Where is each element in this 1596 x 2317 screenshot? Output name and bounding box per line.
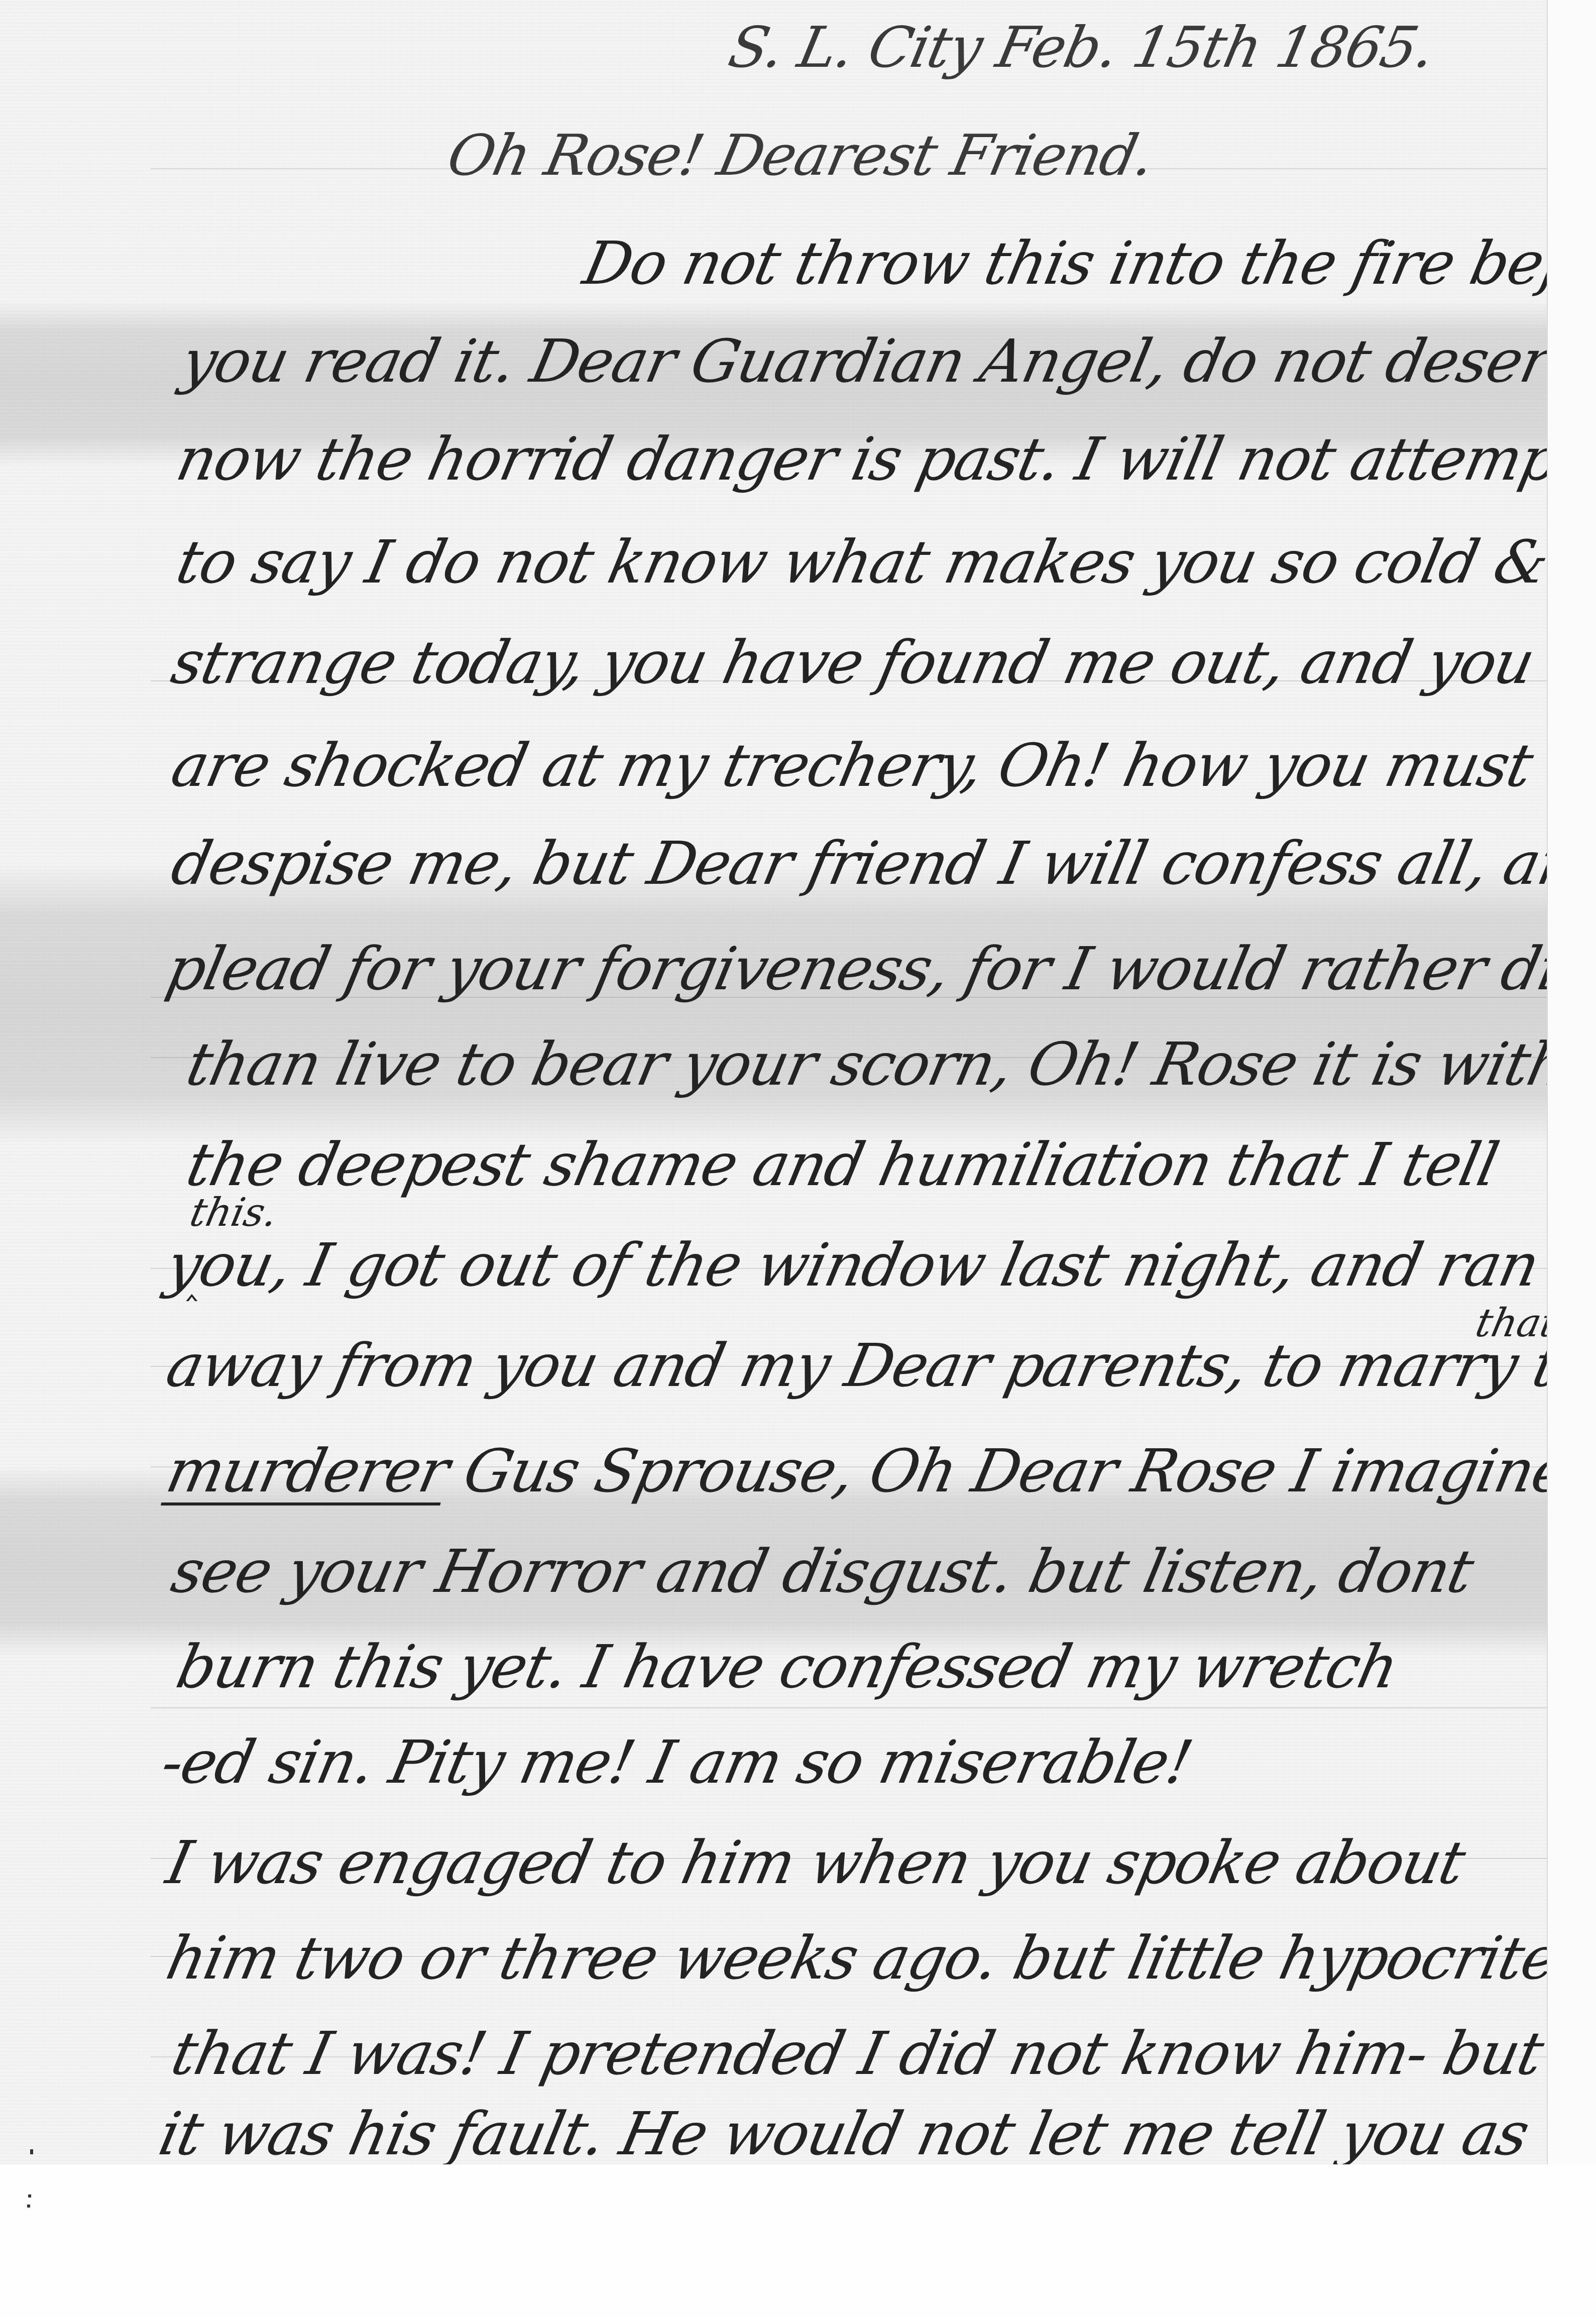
letter-line: burn this yet. I have confessed my wretc…	[171, 1632, 1404, 1701]
letter-line: strange today, you have found me out, an…	[166, 628, 1540, 697]
letter-line: are shocked at my trechery, Oh! how you …	[166, 731, 1538, 800]
letter-line: the deepest shame and humiliation that I…	[181, 1130, 1504, 1199]
letter-line: see your Horror and disgust. but listen,…	[166, 1537, 1479, 1606]
letter-line: Do not throw this into the fire before	[578, 228, 1596, 298]
letter-line: you read it. Dear Guardian Angel, do not…	[176, 326, 1596, 396]
letter-line: -ed sin. Pity me! I am so miserable!	[156, 1727, 1198, 1797]
letter-line: despise me, but Dear friend I will confe…	[166, 829, 1596, 898]
letter-line: to say I do not know what makes you so c…	[171, 527, 1554, 597]
letter-line: now the horrid danger is past. I will no…	[171, 424, 1588, 494]
letter-page: S. L. City Feb. 15th 1865. Oh Rose! Dear…	[0, 0, 1547, 2164]
letter-line: away from you and my Dear parents, to ma…	[161, 1331, 1596, 1400]
letter-line: you, I got out of the window last night,…	[161, 1230, 1545, 1300]
dateline: S. L. City Feb. 15th 1865.	[723, 15, 1440, 80]
shadow-band	[0, 864, 1547, 1145]
letter-line: it was his fault. He would not let me te…	[153, 2099, 1535, 2168]
letter-line: murderer Gus Sprouse, Oh Dear Rose I ima…	[161, 1436, 1596, 1505]
scan-bottom-margin	[0, 2164, 1596, 2317]
letter-line: plead for your forgiveness, for I would …	[161, 934, 1596, 1003]
scan-right-edge	[1547, 0, 1596, 2164]
salutation: Oh Rose! Dearest Friend.	[442, 123, 1160, 188]
letter-line: him two or three weeks ago. but little h…	[161, 1923, 1564, 1993]
letter-line: than live to bear your scorn, Oh! Rose i…	[181, 1029, 1573, 1099]
letter-line: I was engaged to him when you spoke abou…	[161, 1828, 1470, 1897]
letter-line: that I was! I pretended I did not know h…	[166, 2019, 1549, 2088]
ruled-line	[151, 1707, 1547, 1708]
margin-specks	[20, 2149, 40, 2210]
insertion-this: this.	[186, 1190, 281, 1235]
